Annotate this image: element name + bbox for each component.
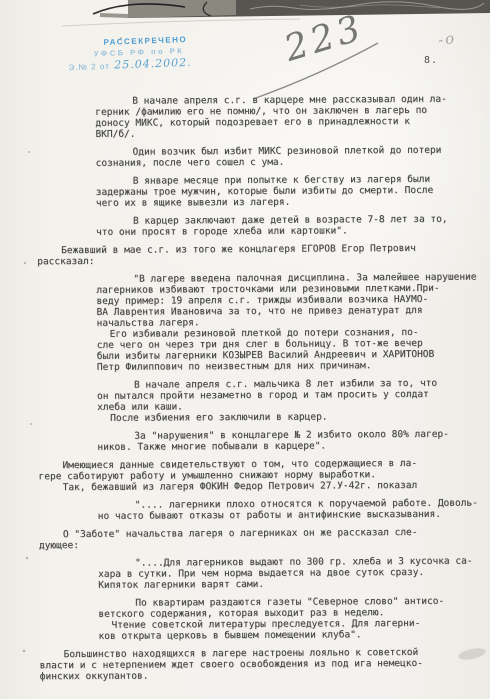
pencil-squiggle: -о bbox=[437, 29, 457, 49]
paragraph: По квартирам раздаются газеты "Северное … bbox=[1, 595, 490, 642]
strip-scribble bbox=[250, 2, 484, 10]
stamp-number-prefix: Э.№ 2 от bbox=[68, 62, 110, 72]
text-line: Так, бежавший из лагеря ФОКИН Федор Петр… bbox=[63, 480, 490, 494]
paragraph: В карцер заключают даже детей в возрасте… bbox=[0, 214, 489, 239]
paragraph: Имеющиеся данные свидетельствуют о том, … bbox=[0, 458, 490, 494]
stamp-date: 25.04.2002. bbox=[114, 56, 192, 72]
scan-edge-strip-light bbox=[128, 0, 236, 18]
pen-stroke bbox=[93, 4, 185, 14]
text-line: Кипяток лагерники варят сами. bbox=[98, 577, 490, 590]
paragraph: За "нарушения" в концлагере № 2 избито о… bbox=[0, 429, 490, 454]
stamp-line-number-date: Э.№ 2 от 25.04.2002. bbox=[68, 57, 192, 73]
scan-edge-strip-dark bbox=[128, 0, 490, 18]
text-line: финских оккупантов. bbox=[40, 668, 490, 682]
text-line: ников. Также многие побывали в карцере". bbox=[97, 440, 490, 453]
typed-page-number: 8. bbox=[424, 55, 438, 66]
paragraph: Один возчик был избит МИКС резиновой пле… bbox=[0, 145, 489, 170]
text-line: что они просят в городе хлеба или картош… bbox=[96, 225, 489, 238]
typed-text: В начале апреля с.г. в карцере мне расск… bbox=[0, 94, 490, 690]
text-line: После избиения его заключили в карцер. bbox=[110, 411, 490, 424]
strip-scribble-2 bbox=[300, 5, 440, 8]
paragraph: Большинство находящихся в лагере настрое… bbox=[2, 646, 490, 682]
paragraph: Бежавший в мае с.г. из того же концлагер… bbox=[0, 243, 489, 268]
paragraph: В начале апреля с.г. мальчика 8 лет изби… bbox=[0, 378, 490, 425]
text-line: Петр Филиппович по неизвестным для них п… bbox=[97, 360, 490, 373]
paragraph: "....Для лагерников выдают по 300 гр. хл… bbox=[1, 556, 490, 592]
scan-edge-strip-tail bbox=[100, 13, 128, 18]
text-line: сознания, после чего сошел с ума. bbox=[96, 156, 489, 169]
paragraph: "В лагере введена палочная дисциплина. З… bbox=[0, 272, 490, 374]
text-line: Один возчик был избит МИКС резиновой пле… bbox=[133, 145, 489, 158]
text-line: ков открыта церковь в бывшем помещении к… bbox=[98, 628, 490, 641]
pen-tick bbox=[203, 2, 211, 16]
text-line: но часто бывают отказы от работы и антиф… bbox=[98, 509, 490, 522]
paper-edge-line bbox=[62, 19, 300, 26]
handwritten-archive-number: 223 bbox=[280, 7, 369, 70]
paragraph: О "Заботе" начальства лагеря о лагерника… bbox=[1, 527, 490, 552]
paragraph: ".... лагерники плохо относятся к поруча… bbox=[1, 498, 490, 523]
paragraph: В январе месяце при попытке к бегству из… bbox=[0, 174, 489, 210]
document-page: РАССЕКРЕЧЕНО УФСБ РФ по РК Э.№ 2 от 25.0… bbox=[0, 0, 490, 699]
declassified-stamp: РАССЕКРЕЧЕНО УФСБ РФ по РК Э.№ 2 от 25.0… bbox=[67, 35, 191, 73]
text-line: чего их в ящике вывезли из лагеря. bbox=[96, 196, 489, 209]
paragraph: В начале апреля с.г. в карцере мне расск… bbox=[0, 94, 488, 141]
